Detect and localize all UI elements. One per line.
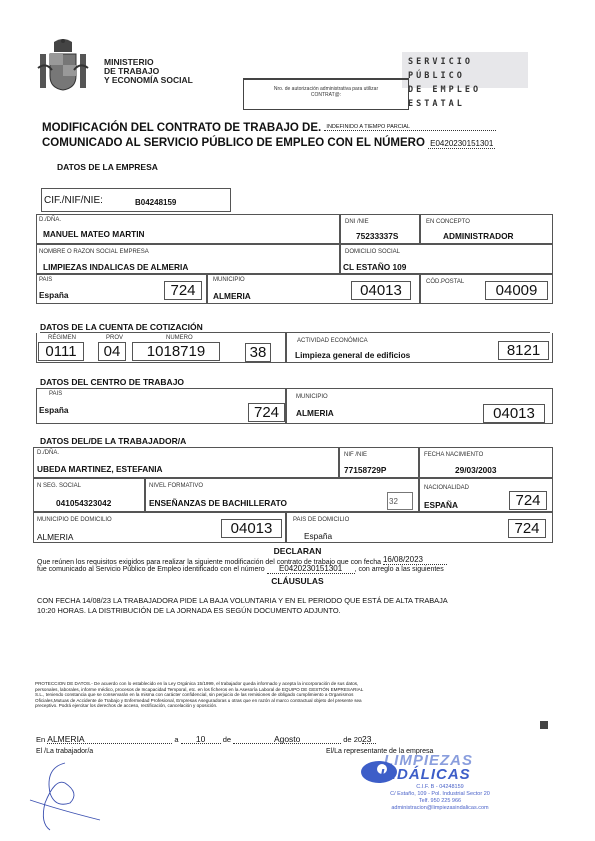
razon-label: NOMBRE O RAZON SOCIAL EMPRESA xyxy=(39,249,149,255)
centro-pais-code: 724 xyxy=(248,403,285,422)
declaran-numero: E0420230151301 xyxy=(267,565,355,574)
dni-cell: DNI /NIE 75233337S xyxy=(340,214,420,244)
declaran-text: , con arreglo a las siguientes xyxy=(355,566,444,573)
nacionalidad-code: 724 xyxy=(509,491,547,510)
firma-lugar: ALMERIA xyxy=(47,735,172,744)
pais-domicilio-code: 724 xyxy=(508,519,546,538)
dni-value: 75233337S xyxy=(356,231,398,241)
stamp-address: C/ Estaño, 109 - Pol. Industrial Sector … xyxy=(345,791,535,798)
section-title-centro: DATOS DEL CENTRO DE TRABAJO xyxy=(40,377,184,387)
control-digit-value: 38 xyxy=(245,343,271,362)
municipio-cell: MUNICIPIO ALMERIA 04013 xyxy=(207,274,420,304)
title-prefix: MODIFICACIÓN DEL CONTRATO DE TRABAJO DE xyxy=(42,122,318,134)
cif-box: CIF./NIF/NIE: B04248159 xyxy=(41,188,231,212)
regimen-value: 0111 xyxy=(38,342,84,361)
firma-line: En ALMERIA a 10 de Agosto de 2023 xyxy=(36,735,376,744)
a-label: a xyxy=(174,735,178,744)
declaran-heading: DECLARAN xyxy=(0,546,595,556)
en-label: En xyxy=(36,735,45,744)
actividad-code: 8121 xyxy=(498,341,549,360)
domicilio-cell: DOMICILIO SOCIAL CL ESTAÑO 109 xyxy=(340,244,553,274)
pais-domicilio-label: PAIS DE DOMICILIO xyxy=(293,517,349,523)
municipio-domicilio-value: ALMERIA xyxy=(37,532,73,542)
centro-municipio-value: ALMERIA xyxy=(296,408,334,418)
de20-label: de 20 xyxy=(343,735,362,744)
ministry-name: MINISTERIO DE TRABAJO Y ECONOMÍA SOCIAL xyxy=(104,58,193,85)
section-title-cotizacion: DATOS DE LA CUENTA DE COTIZACIÓN xyxy=(40,322,550,333)
numero-value: 1018719 xyxy=(132,342,220,361)
razon-value: LIMPIEZAS INDALICAS DE ALMERIA xyxy=(43,262,188,272)
cif-label: CIF./NIF/NIE: xyxy=(44,195,103,206)
stamp-brand-line2: INDÁLICAS xyxy=(380,766,471,783)
pais-label: PAIS xyxy=(39,277,52,283)
razon-cell: NOMBRE O RAZON SOCIAL EMPRESA LIMPIEZAS … xyxy=(36,244,340,274)
stamp-phone: Telf. 950 225 966 xyxy=(345,798,535,805)
prov-label: PROV xyxy=(106,335,123,341)
centro-pais-label: PAIS xyxy=(49,391,62,397)
actividad-cell: ACTIVIDAD ECONÓMICA Limpieza general de … xyxy=(286,333,553,363)
nif-cell: NIF /NIE 77158729P xyxy=(339,447,419,478)
pais-value: España xyxy=(39,290,69,300)
pais-domicilio-cell: PAIS DE DOMICILIO España 724 xyxy=(286,512,553,543)
clausulas-heading: CLÁUSULAS xyxy=(0,576,595,586)
nivel-label: NIVEL FORMATIVO xyxy=(149,483,203,489)
company-stamp: C.I.F. B - 04248159 C/ Estaño, 109 - Pol… xyxy=(345,784,535,812)
domicilio-label: DOMICILIO SOCIAL xyxy=(345,249,400,255)
nacimiento-cell: FECHA NACIMIENTO 29/03/2003 xyxy=(419,447,553,478)
actividad-label: ACTIVIDAD ECONÓMICA xyxy=(297,338,368,344)
municipio-domicilio-cell: MUNICIPIO DE DOMICILIO ALMERIA 04013 xyxy=(33,512,286,543)
nivel-cell: NIVEL FORMATIVO ENSEÑANZAS DE BACHILLERA… xyxy=(145,478,419,512)
domicilio-value: CL ESTAÑO 109 xyxy=(343,262,406,272)
regimen-label: RÉGIMEN xyxy=(48,335,76,341)
nacionalidad-label: NACIONALIDAD xyxy=(424,485,469,491)
proteccion-line: S.L., teniendo constancia que se conserv… xyxy=(35,692,363,698)
de-label: de xyxy=(223,735,231,744)
sepe-line: DE EMPLEO ESTATAL xyxy=(408,83,522,111)
firma-mes: Agosto xyxy=(233,735,341,744)
declaran-text: fue comunicado al Servicio Público de Em… xyxy=(37,566,265,573)
centro-pais-cell: PAIS España 724 xyxy=(36,388,286,424)
actividad-value: Limpieza general de edificios xyxy=(295,350,410,360)
nss-label: N SEG. SOCIAL xyxy=(37,483,81,489)
cp-label: CÓD.POSTAL xyxy=(426,279,464,285)
trabajador-name-label: D./DÑA. xyxy=(37,450,59,456)
worker-signature xyxy=(20,755,110,835)
authorization-box: Nro. de autorización administrativa para… xyxy=(243,78,409,110)
representative-label: D./DÑA. xyxy=(39,217,61,223)
trabajador-name-cell: D./DÑA. UBEDA MARTINEZ, ESTEFANIA xyxy=(33,447,339,478)
pais-domicilio-value: España xyxy=(304,531,332,541)
proteccion-line: preceptivo. Podrá ejercitar los derechos… xyxy=(35,703,363,709)
ministry-line: Y ECONOMÍA SOCIAL xyxy=(104,76,193,85)
municipio-label: MUNICIPIO xyxy=(213,277,245,283)
centro-municipio-code: 04013 xyxy=(483,404,545,423)
concepto-value: ADMINISTRADOR xyxy=(443,231,514,241)
auth-box-label: CONTRAT@: xyxy=(244,92,408,98)
nivel-code: 32 xyxy=(387,492,413,510)
municipio-value: ALMERIA xyxy=(213,291,251,301)
centro-pais-value: España xyxy=(39,405,69,415)
firma-dia: 10 xyxy=(181,735,221,744)
cif-value: B04248159 xyxy=(135,198,176,207)
representative-cell: D./DÑA. MANUEL MATEO MARTIN xyxy=(36,214,340,244)
representative-value: MANUEL MATEO MARTIN xyxy=(43,229,145,239)
communication-number: E0420230151301 xyxy=(428,139,495,149)
concepto-label: EN CONCEPTO xyxy=(426,219,470,225)
stamp-email: administracion@limpiezasindalicas.com xyxy=(345,805,535,812)
spain-coat-of-arms-icon xyxy=(36,38,90,94)
firma-anio: 23 xyxy=(362,735,376,744)
proteccion-line: PROTECCION DE DATOS.- De acuerdo con lo … xyxy=(35,681,363,687)
centro-municipio-label: MUNICIPIO xyxy=(296,394,328,400)
clausulas-text: CON FECHA 14/08/23 LA TRABAJADORA PIDE L… xyxy=(37,596,448,616)
municipio-domicilio-code: 04013 xyxy=(221,519,282,538)
centro-municipio-cell: MUNICIPIO ALMERIA 04013 xyxy=(286,388,553,424)
prov-value: 04 xyxy=(98,342,126,361)
proteccion-datos-text: PROTECCION DE DATOS.- De acuerdo con lo … xyxy=(35,681,363,709)
trabajador-name-value: UBEDA MARTINEZ, ESTEFANIA xyxy=(37,464,163,474)
document-title-line2: COMUNICADO AL SERVICIO PÚBLICO DE EMPLEO… xyxy=(42,137,495,149)
clausula-line: 10:20 HORAS. LA DISTRIBUCIÓN DE LA JORNA… xyxy=(37,606,448,616)
declaran-fecha: 16/08/2023 xyxy=(383,556,447,565)
title-prefix: COMUNICADO AL SERVICIO PÚBLICO DE EMPLEO… xyxy=(42,137,425,149)
municipio-code: 04013 xyxy=(351,281,411,300)
nacionalidad-cell: NACIONALIDAD ESPAÑA 724 xyxy=(419,478,553,512)
numero-label: NUMERO xyxy=(166,335,193,341)
declaran-line2: fue comunicado al Servicio Público de Em… xyxy=(37,565,444,574)
concepto-cell: EN CONCEPTO ADMINISTRADOR xyxy=(420,214,553,244)
cp-value: 04009 xyxy=(485,281,548,300)
clausula-line: CON FECHA 14/08/23 LA TRABAJADORA PIDE L… xyxy=(37,596,448,606)
title-dots: . xyxy=(318,122,321,134)
contract-type: INDEFINIDO A TIEMPO PARCIAL xyxy=(324,124,496,131)
section-title-empresa: DATOS DE LA EMPRESA xyxy=(57,162,158,172)
nacimiento-label: FECHA NACIMIENTO xyxy=(424,452,483,458)
cp-cell: CÓD.POSTAL 04009 xyxy=(420,274,553,304)
dni-label: DNI /NIE xyxy=(345,219,369,225)
nif-value: 77158729P xyxy=(344,465,386,475)
sepe-logo: SERVICIO PÚBLICO DE EMPLEO ESTATAL xyxy=(402,52,528,88)
nacimiento-value: 29/03/2003 xyxy=(455,465,497,475)
section-title-trabajador: DATOS DEL/DE LA TRABAJADOR/A xyxy=(40,436,186,446)
stamp-cif: C.I.F. B - 04248159 xyxy=(345,784,535,791)
document-title-line1: MODIFICACIÓN DEL CONTRATO DE TRABAJO DE.… xyxy=(42,122,496,134)
nif-label: NIF /NIE xyxy=(344,452,367,458)
pais-cell: PAIS España 724 xyxy=(36,274,207,304)
nss-value: 041054323042 xyxy=(56,498,111,508)
sepe-line: SERVICIO PÚBLICO xyxy=(408,55,522,83)
plus-icon[interactable] xyxy=(540,721,548,729)
pais-code: 724 xyxy=(164,281,202,300)
nacionalidad-value: ESPAÑA xyxy=(424,500,458,510)
cotizacion-account-cell: RÉGIMEN PROV NUMERO 0111 04 1018719 38 xyxy=(36,333,286,363)
nss-cell: N SEG. SOCIAL 041054323042 xyxy=(33,478,145,512)
nivel-value: ENSEÑANZAS DE BACHILLERATO xyxy=(149,498,287,508)
municipio-domicilio-label: MUNICIPIO DE DOMICILIO xyxy=(37,517,112,523)
